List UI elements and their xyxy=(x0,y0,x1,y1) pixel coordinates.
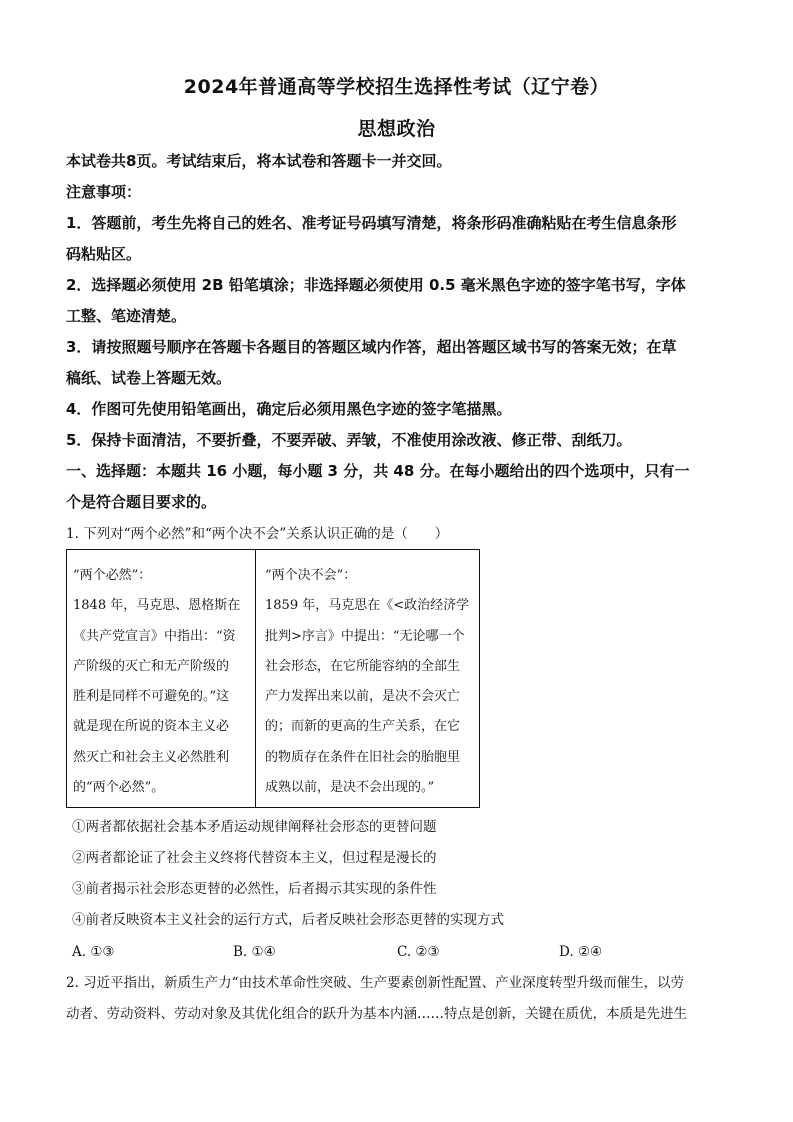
statement-1: ①两者都依据社会基本矛盾运动规律阐释社会形态的更替问题 xyxy=(72,817,437,837)
notice-line: 工整、笔迹清楚。 xyxy=(66,301,726,332)
question-2-line: 2. 习近平指出，新质生产力“由技术革命性突破、生产要素创新性配置、产业深度转型… xyxy=(66,973,746,993)
cell-line: 就是现在所说的资本主义必 xyxy=(73,712,249,742)
cell-line: 产阶级的灭亡和无产阶级的 xyxy=(73,652,249,682)
cell-line: 胜利是同样不可避免的。”这 xyxy=(73,682,249,712)
cell-line: 的；而新的更高的生产关系，在它 xyxy=(265,712,473,742)
cell-line: 的“两个必然”。 xyxy=(73,773,249,803)
cell-line: 1859 年，马克思在《<政治经济学 xyxy=(265,591,473,621)
cell-line: 然灭亡和社会主义必然胜利 xyxy=(73,743,249,773)
cell-line: 批判>序言》中提出：“无论哪一个 xyxy=(265,622,473,652)
cell-line: 《共产党宣言》中指出：“资 xyxy=(73,622,249,652)
notice-line: 2．选择题必须使用 2B 铅笔填涂；非选择题必须使用 0.5 毫米黑色字迹的签字… xyxy=(66,270,726,301)
two-never-cell: “两个决不会”： 1859 年，马克思在《<政治经济学 批判>序言》中提出：“无… xyxy=(256,550,479,807)
statement-3: ③前者揭示社会形态更替的必然性，后者揭示其实现的条件性 xyxy=(72,879,437,899)
cell-line: “两个必然”： xyxy=(73,561,249,591)
option-a: A. ①③ xyxy=(72,942,115,962)
subject-title: 思想政治 xyxy=(0,114,793,141)
quote-comparison-table: “两个必然”： 1848 年，马克思、恩格斯在 《共产党宣言》中指出：“资 产阶… xyxy=(66,549,480,808)
cell-line: 产力发挥出来以前，是决不会灭亡 xyxy=(265,682,473,712)
notice-line: 码粘贴区。 xyxy=(66,239,726,270)
question-1-stem: 1. 下列对“两个必然”和“两个决不会”关系认识正确的是（ ） xyxy=(66,524,746,544)
notice-line: 4．作图可先使用铅笔画出，确定后必须用黑色字迹的签字笔描黑。 xyxy=(66,394,726,425)
notice-line: 稿纸、试卷上答题无效。 xyxy=(66,363,726,394)
cell-line: 社会形态，在它所能容纳的全部生 xyxy=(265,652,473,682)
notice-line: 3．请按照题号顺序在答题卡各题目的答题区域内作答，超出答题区域书写的答案无效；在… xyxy=(66,332,726,363)
two-inevitables-cell: “两个必然”： 1848 年，马克思、恩格斯在 《共产党宣言》中指出：“资 产阶… xyxy=(67,550,256,807)
exam-intro: 本试卷共8页。考试结束后，将本试卷和答题卡一并交回。 xyxy=(66,146,726,177)
question-2-line: 动者、劳动资料、劳动对象及其优化组合的跃升为基本内涵……特点是创新，关键在质优，… xyxy=(66,1004,746,1024)
cell-line: “两个决不会”： xyxy=(265,561,473,591)
option-d: D. ②④ xyxy=(559,942,602,962)
option-c: C. ②③ xyxy=(397,942,440,962)
notice-heading: 注意事项： xyxy=(66,177,726,208)
section-heading-cont: 个是符合题目要求的。 xyxy=(66,487,726,518)
option-b: B. ①④ xyxy=(233,942,276,962)
exam-page: 2024年普通高等学校招生选择性考试（辽宁卷） 思想政治 本试卷共8页。考试结束… xyxy=(0,0,793,1122)
cell-line: 的物质存在条件在旧社会的胎胞里 xyxy=(265,743,473,773)
notice-line: 5．保持卡面清洁，不要折叠，不要弄破、弄皱，不准使用涂改液、修正带、刮纸刀。 xyxy=(66,425,726,456)
cell-line: 成熟以前，是决不会出现的。” xyxy=(265,773,473,803)
section-heading: 一、选择题：本题共 16 小题，每小题 3 分，共 48 分。在每小题给出的四个… xyxy=(66,456,726,487)
exam-title: 2024年普通高等学校招生选择性考试（辽宁卷） xyxy=(0,72,793,99)
statement-2: ②两者都论证了社会主义终将代替资本主义，但过程是漫长的 xyxy=(72,848,437,868)
notice-line: 1．答题前，考生先将自己的姓名、准考证号码填写清楚，将条形码准确粘贴在考生信息条… xyxy=(66,208,726,239)
cell-line: 1848 年，马克思、恩格斯在 xyxy=(73,591,249,621)
statement-4: ④前者反映资本主义社会的运行方式，后者反映社会形态更替的实现方式 xyxy=(72,910,504,930)
